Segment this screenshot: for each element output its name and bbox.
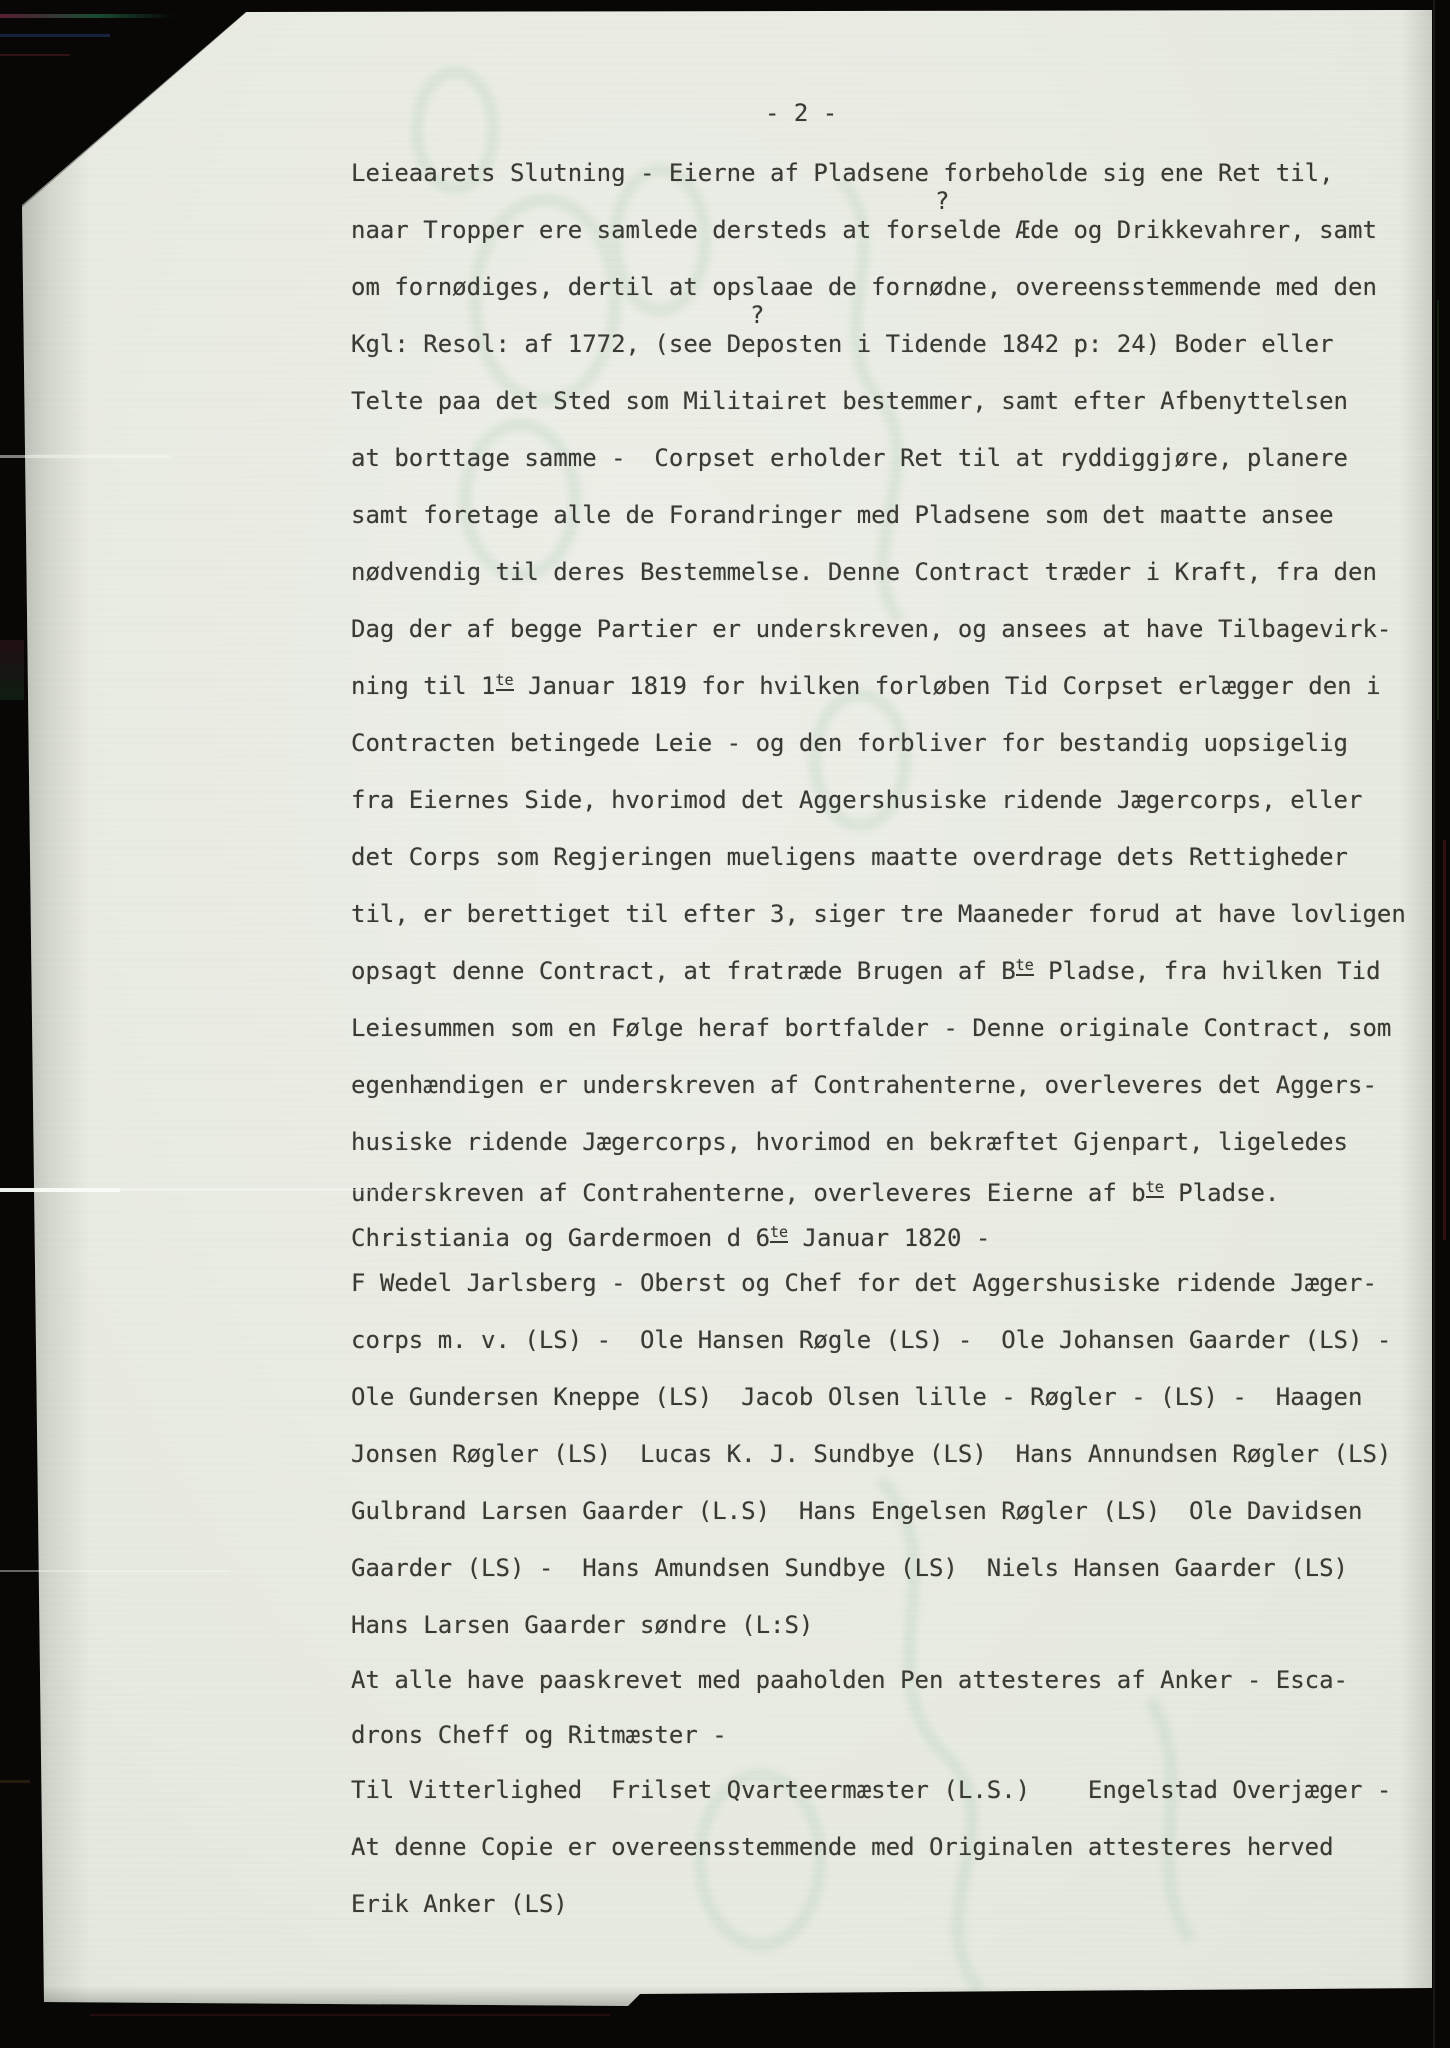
- scan-noise: [0, 14, 175, 18]
- text-line: egenhændigen er underskreven af Contrahe…: [351, 1070, 1377, 1100]
- scan-noise: [0, 1780, 30, 1783]
- text-line: nødvendig til deres Bestemmelse. Denne C…: [351, 557, 1377, 587]
- text-line: underskreven af Contrahenterne, overleve…: [351, 1178, 1279, 1208]
- text-line: Til Vitterlighed Frilset Qvarteermæster …: [351, 1775, 1391, 1805]
- text-line: Dag der af begge Partier er underskreven…: [351, 614, 1391, 644]
- text-line: fra Eiernes Side, hvorimod det Aggershus…: [351, 785, 1362, 815]
- text-line: om fornødiges, dertil at opslaae de forn…: [351, 272, 1377, 302]
- scan-noise: [0, 54, 70, 56]
- text-line: husiske ridende Jægercorps, hvorimod en …: [351, 1127, 1348, 1157]
- text-line: At alle have paaskrevet med paaholden Pe…: [351, 1665, 1348, 1695]
- superscript-ordinal: te: [1016, 958, 1034, 976]
- text-line: Telte paa det Sted som Militairet bestem…: [351, 386, 1348, 416]
- text-line: corps m. v. (LS) - Ole Hansen Røgle (LS)…: [351, 1325, 1391, 1355]
- text-line: drons Cheff og Ritmæster -: [351, 1720, 727, 1750]
- text-line: Ole Gundersen Kneppe (LS) Jacob Olsen li…: [351, 1382, 1362, 1412]
- text-line: Gulbrand Larsen Gaarder (L.S) Hans Engel…: [351, 1496, 1362, 1526]
- text-line: F Wedel Jarlsberg - Oberst og Chef for d…: [351, 1268, 1377, 1298]
- typewritten-text-block: - 2 -Leieaarets Slutning - Eierne af Pla…: [0, 0, 1450, 2048]
- text-line: Kgl: Resol: af 1772, (see Deposten i Tid…: [351, 329, 1334, 359]
- document-page: - 2 -Leieaarets Slutning - Eierne af Pla…: [0, 0, 1450, 2048]
- scan-noise: [1437, 300, 1439, 720]
- text-line: Jonsen Røgler (LS) Lucas K. J. Sundbye (…: [351, 1439, 1391, 1469]
- text-line: det Corps som Regjeringen mueligens maat…: [351, 842, 1348, 872]
- text-line: Leieaarets Slutning - Eierne af Pladsene…: [351, 158, 1334, 188]
- scan-noise: [0, 34, 110, 37]
- superscript-ordinal: te: [770, 1225, 788, 1243]
- text-line: Christiania og Gardermoen d 6te Januar 1…: [351, 1223, 990, 1253]
- scanned-document-view: - 2 -Leieaarets Slutning - Eierne af Pla…: [0, 0, 1450, 2048]
- text-line: Contracten betingede Leie - og den forbl…: [351, 728, 1348, 758]
- text-line: til, er berettiget til efter 3, siger tr…: [351, 899, 1406, 929]
- superscript-ordinal: te: [1146, 1180, 1164, 1198]
- text-line: samt foretage alle de Forandringer med P…: [351, 500, 1334, 530]
- text-line: naar Tropper ere samlede dersteds at for…: [351, 215, 1377, 245]
- text-line: Leiesummen som en Følge heraf bortfalder…: [351, 1013, 1391, 1043]
- superscript-ordinal: te: [496, 673, 514, 691]
- correction-mark: ?: [750, 300, 764, 330]
- text-line: ning til 1te Januar 1819 for hvilken for…: [351, 671, 1381, 701]
- text-line: Hans Larsen Gaarder søndre (L:S): [351, 1610, 813, 1640]
- text-line: At denne Copie er overeensstemmende med …: [351, 1832, 1334, 1862]
- text-line: Erik Anker (LS): [351, 1889, 568, 1919]
- scan-noise: [0, 640, 24, 700]
- scan-noise: [1443, 840, 1446, 1240]
- page-number: - 2 -: [765, 98, 837, 128]
- text-line: at borttage samme - Corpset erholder Ret…: [351, 443, 1348, 473]
- scan-noise: [1433, 0, 1435, 2048]
- scan-noise: [90, 2014, 610, 2016]
- text-line: Gaarder (LS) - Hans Amundsen Sundbye (LS…: [351, 1553, 1348, 1583]
- correction-mark: ?: [935, 186, 949, 216]
- text-line: opsagt denne Contract, at fratræde Bruge…: [351, 956, 1381, 986]
